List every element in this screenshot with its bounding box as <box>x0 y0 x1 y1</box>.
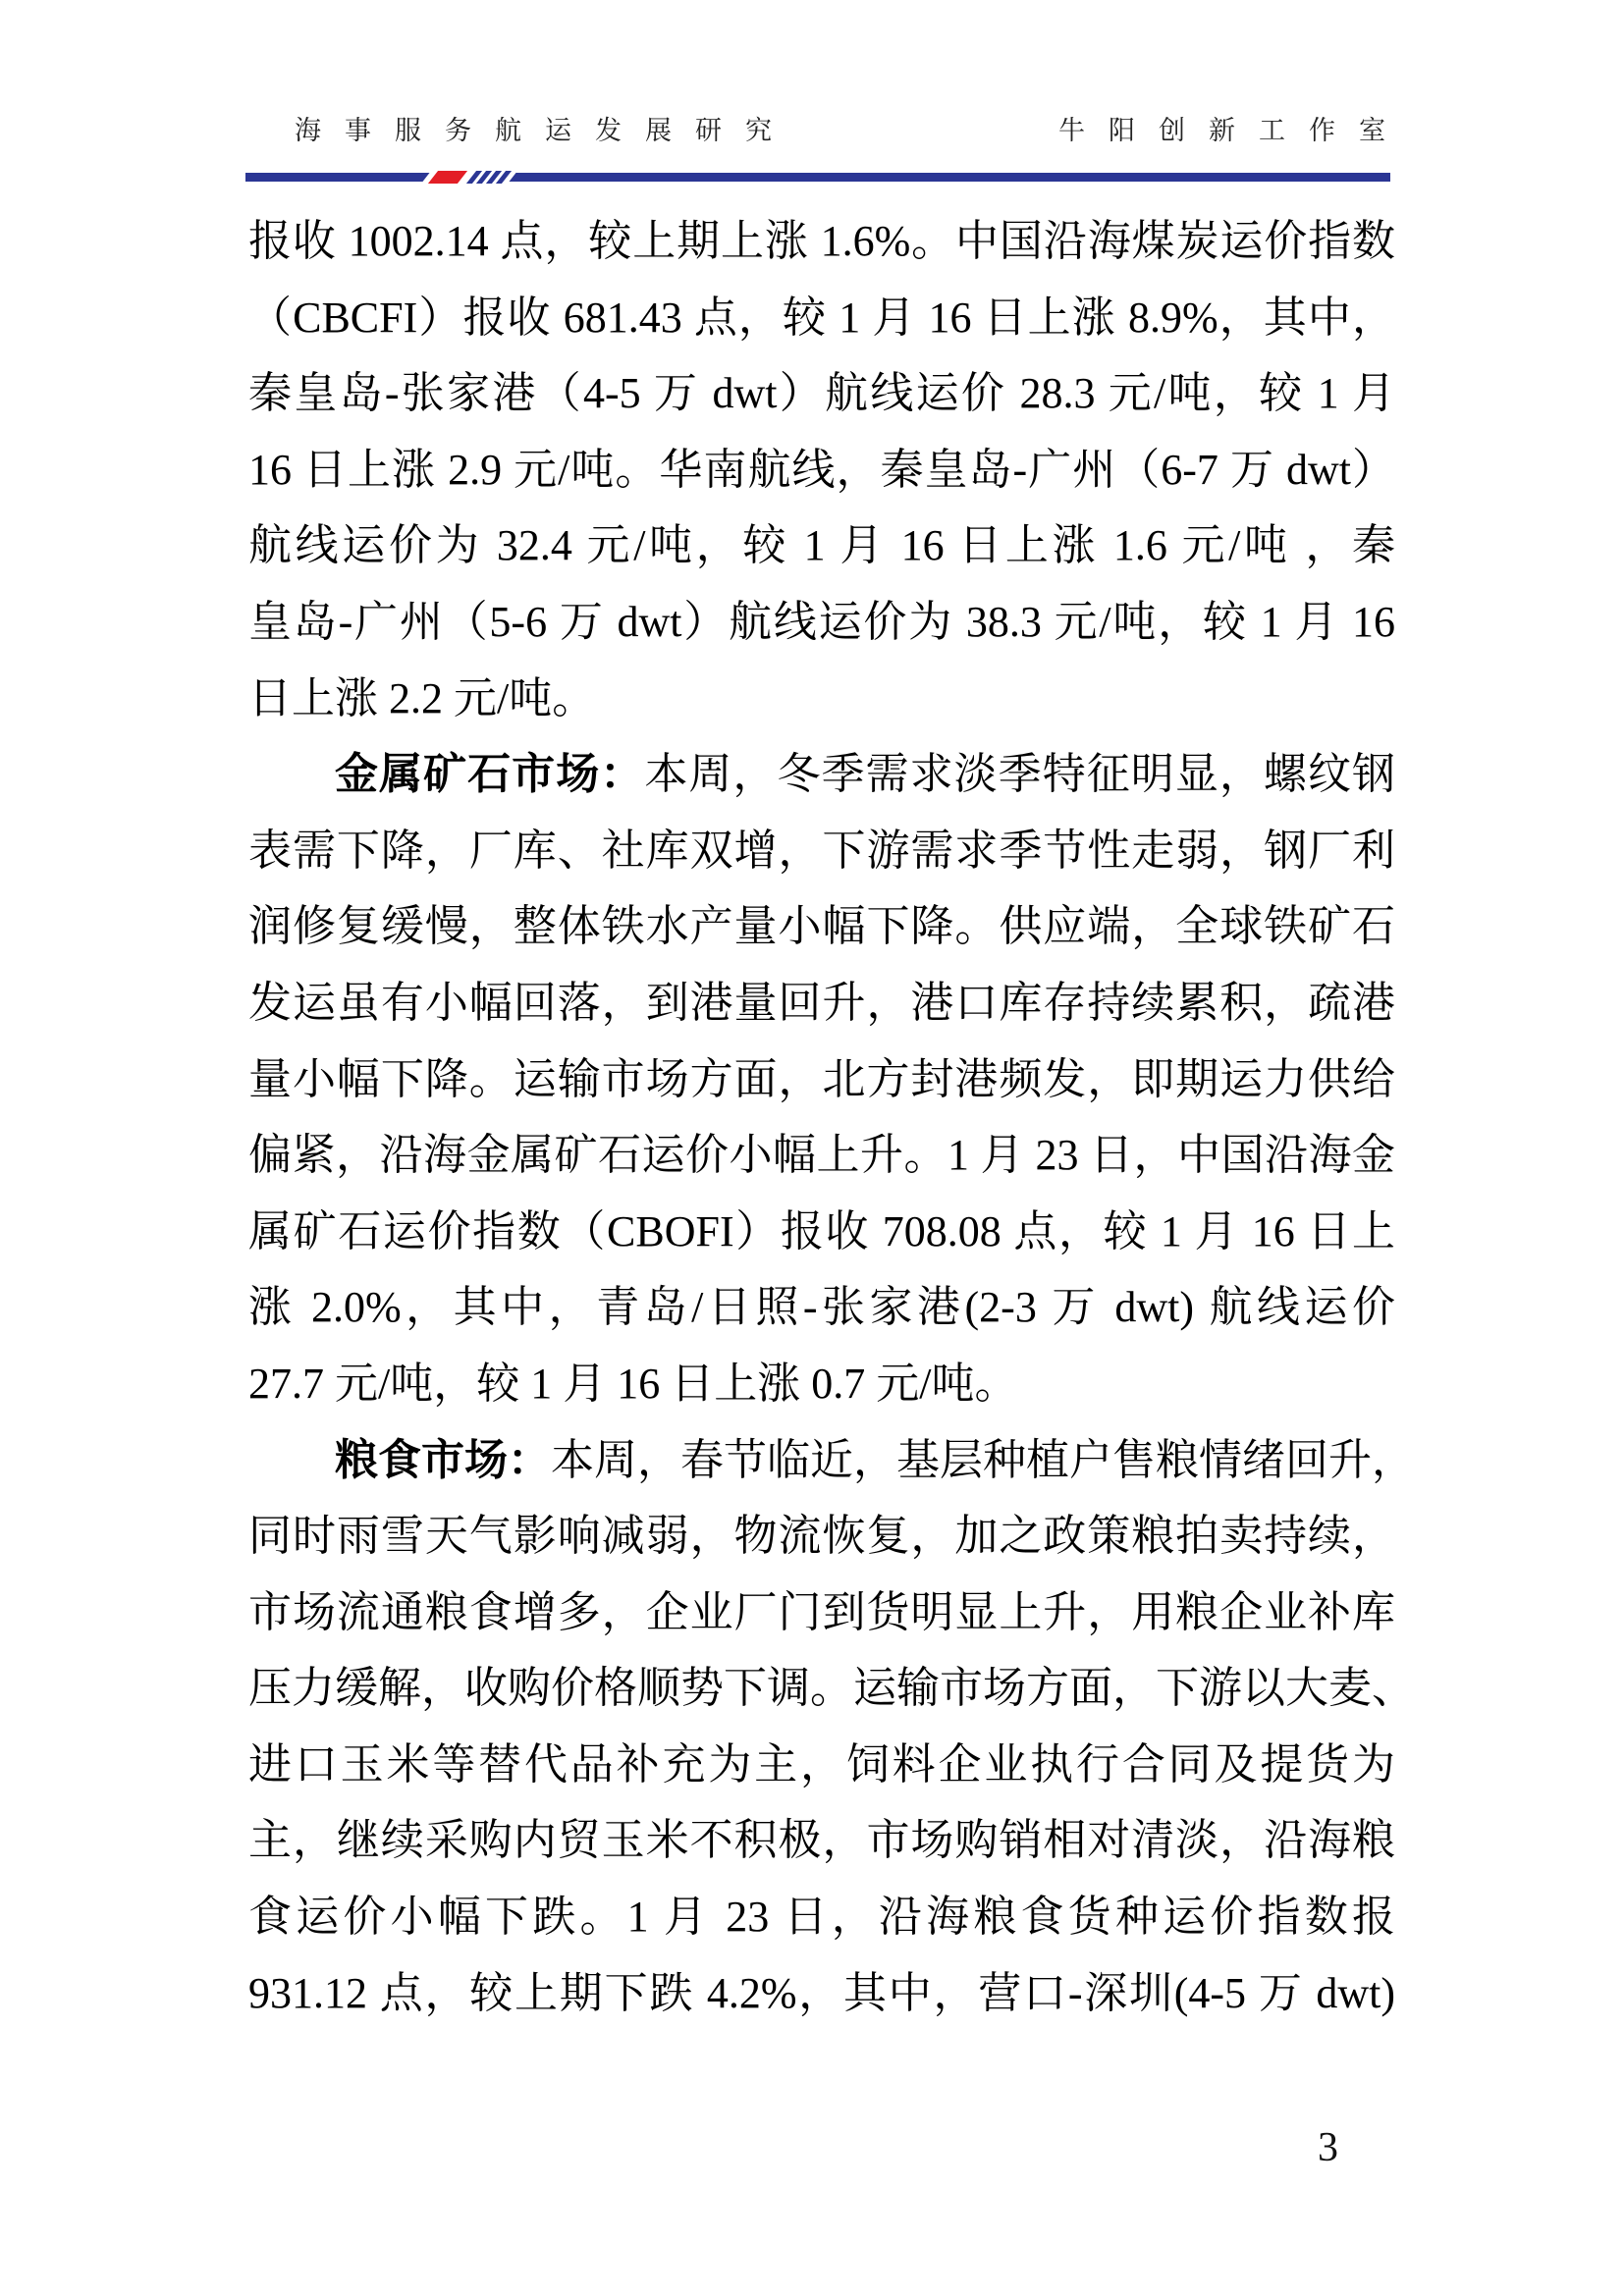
section-title: 粮食市场： <box>335 1436 551 1484</box>
body-line: （CBCFI）报收 681.43 点，较 1 月 16 日上涨 8.9%，其中， <box>248 280 1395 356</box>
body-line: 日上涨 2.2 元/吨。 <box>248 661 1395 737</box>
body-line: 进口玉米等替代品补充为主，饲料企业执行合同及提货为 <box>248 1727 1395 1803</box>
body-line: 16 日上涨 2.9 元/吨。华南航线，秦皇岛-广州（6-7 万 dwt） <box>248 432 1395 508</box>
document-page: 海事服务航运发展研究 牛阳创新工作室 报收 1002.14 点，较上期上涨 1.… <box>0 0 1624 2296</box>
body-line: 金属矿石市场：本周，冬季需求淡季特征明显，螺纹钢 <box>248 736 1395 813</box>
body-line: 压力缓解，收购价格顺势下调。运输市场方面，下游以大麦、 <box>248 1650 1395 1727</box>
body-line: 属矿石运价指数（CBOFI）报收 708.08 点，较 1 月 16 日上 <box>248 1194 1395 1270</box>
body-line: 27.7 元/吨，较 1 月 16 日上涨 0.7 元/吨。 <box>248 1346 1395 1422</box>
header-rule-accent <box>421 171 517 184</box>
body-line: 皇岛-广州（5-6 万 dwt）航线运价为 38.3 元/吨，较 1 月 16 <box>248 584 1395 661</box>
body-line: 发运虽有小幅回落，到港量回升，港口库存持续累积，疏港 <box>248 965 1395 1041</box>
header-left-title: 海事服务航运发展研究 <box>295 114 795 147</box>
body-line: 食运价小幅下跌。1 月 23 日，沿海粮食货种运价指数报 <box>248 1879 1395 1955</box>
page-number: 3 <box>1318 2122 1338 2173</box>
body-line: 涨 2.0%，其中，青岛/日照-张家港(2-3 万 dwt) 航线运价 <box>248 1269 1395 1346</box>
body-line: 主，继续采购内贸玉米不积极，市场购销相对清淡，沿海粮 <box>248 1802 1395 1879</box>
header-right-title: 牛阳创新工作室 <box>1058 114 1409 147</box>
red-accent-shape <box>428 171 467 184</box>
body-text: 报收 1002.14 点，较上期上涨 1.6%。中国沿海煤炭运价指数（CBCFI… <box>248 203 1395 2031</box>
body-line: 润修复缓慢，整体铁水产量小幅下降。供应端，全球铁矿石 <box>248 888 1395 965</box>
body-line: 偏紧，沿海金属矿石运价小幅上升。1 月 23 日，中国沿海金 <box>248 1117 1395 1194</box>
body-line: 931.12 点，较上期下跌 4.2%，其中，营口-深圳(4-5 万 dwt) <box>248 1955 1395 2032</box>
header-rule <box>245 173 1390 182</box>
body-line: 航线运价为 32.4 元/吨，较 1 月 16 日上涨 1.6 元/吨 ，秦 <box>248 507 1395 584</box>
section-title: 金属矿石市场： <box>335 750 644 798</box>
body-line: 秦皇岛-张家港（4-5 万 dwt）航线运价 28.3 元/吨，较 1 月 <box>248 355 1395 432</box>
body-line: 同时雨雪天气影响减弱，物流恢复，加之政策粮拍卖持续， <box>248 1498 1395 1575</box>
body-line: 表需下降，厂库、社库双增，下游需求季节性走弱，钢厂利 <box>248 813 1395 889</box>
body-line: 粮食市场：本周，春节临近，基层种植户售粮情绪回升， <box>248 1422 1395 1499</box>
body-line: 报收 1002.14 点，较上期上涨 1.6%。中国沿海煤炭运价指数 <box>248 203 1395 280</box>
body-line: 量小幅下降。运输市场方面，北方封港频发，即期运力供给 <box>248 1041 1395 1118</box>
body-line: 市场流通粮食增多，企业厂门到货明显上升，用粮企业补库 <box>248 1575 1395 1651</box>
